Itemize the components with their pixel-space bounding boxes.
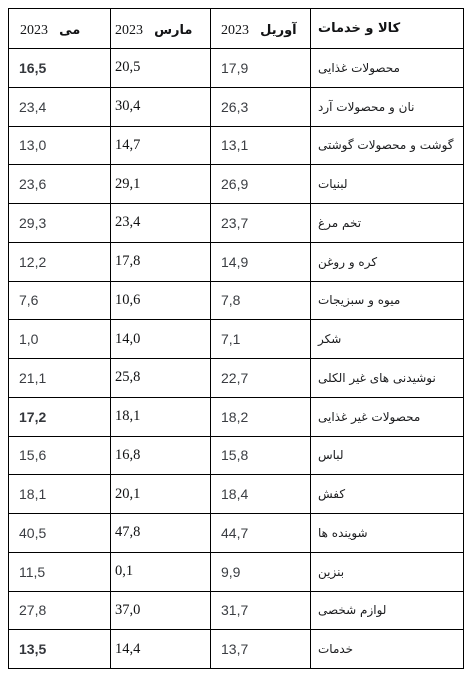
cell-march-value: 14,0 bbox=[111, 320, 211, 359]
cell-may-value: 15,6 bbox=[9, 436, 111, 475]
cell-item-name: خدمات bbox=[311, 630, 464, 669]
header-goods-and-services: کالا و خدمات bbox=[311, 9, 464, 49]
cell-april-value: 22,7 bbox=[211, 359, 311, 398]
cell-may-value: 29,3 bbox=[9, 204, 111, 243]
year-label-may: 2023 bbox=[20, 23, 48, 38]
header-row: می 2023 مارس 2023 آوریل 2023 کالا و خدما… bbox=[9, 9, 464, 49]
table-row: 13,014,713,1گوشت و محصولات گوشتی bbox=[9, 126, 464, 165]
cell-march-value: 0,1 bbox=[111, 552, 211, 591]
cell-may-value: 17,2 bbox=[9, 397, 111, 436]
cell-april-value: 14,9 bbox=[211, 242, 311, 281]
cell-april-value: 18,4 bbox=[211, 475, 311, 514]
cell-may-value: 11,5 bbox=[9, 552, 111, 591]
cell-april-value: 26,9 bbox=[211, 165, 311, 204]
cell-item-name: شکر bbox=[311, 320, 464, 359]
cell-item-name: بنزین bbox=[311, 552, 464, 591]
cell-march-value: 20,1 bbox=[111, 475, 211, 514]
cell-april-value: 26,3 bbox=[211, 87, 311, 126]
table-row: 16,520,517,9محصولات غذایی bbox=[9, 49, 464, 88]
year-label-april: 2023 bbox=[221, 23, 249, 38]
cell-item-name: محصولات غیر غذایی bbox=[311, 397, 464, 436]
cell-item-name: لبنیات bbox=[311, 165, 464, 204]
cell-may-value: 27,8 bbox=[9, 591, 111, 630]
cell-item-name: میوه و سبزیجات bbox=[311, 281, 464, 320]
cell-may-value: 23,4 bbox=[9, 87, 111, 126]
cell-april-value: 31,7 bbox=[211, 591, 311, 630]
cell-march-value: 18,1 bbox=[111, 397, 211, 436]
cell-april-value: 9,9 bbox=[211, 552, 311, 591]
cell-april-value: 7,1 bbox=[211, 320, 311, 359]
table-row: 13,514,413,7خدمات bbox=[9, 630, 464, 669]
cell-may-value: 21,1 bbox=[9, 359, 111, 398]
cell-item-name: لباس bbox=[311, 436, 464, 475]
table-row: 23,629,126,9لبنیات bbox=[9, 165, 464, 204]
cell-may-value: 7,6 bbox=[9, 281, 111, 320]
table-body: 16,520,517,9محصولات غذایی23,430,426,3نان… bbox=[9, 49, 464, 669]
month-label-may: می bbox=[59, 23, 80, 38]
cell-march-value: 17,8 bbox=[111, 242, 211, 281]
cell-march-value: 23,4 bbox=[111, 204, 211, 243]
cell-march-value: 16,8 bbox=[111, 436, 211, 475]
cell-item-name: نان و محصولات آرد bbox=[311, 87, 464, 126]
table-row: 27,837,031,7لوازم شخصی bbox=[9, 591, 464, 630]
price-change-table: می 2023 مارس 2023 آوریل 2023 کالا و خدما… bbox=[8, 8, 464, 669]
cell-may-value: 16,5 bbox=[9, 49, 111, 88]
cell-april-value: 13,1 bbox=[211, 126, 311, 165]
cell-item-name: کره و روغن bbox=[311, 242, 464, 281]
month-label-march: مارس bbox=[154, 23, 192, 38]
cell-april-value: 18,2 bbox=[211, 397, 311, 436]
table-row: 21,125,822,7نوشیدنی های غیر الکلی bbox=[9, 359, 464, 398]
cell-item-name: گوشت و محصولات گوشتی bbox=[311, 126, 464, 165]
cell-april-value: 17,9 bbox=[211, 49, 311, 88]
header-march-2023: مارس 2023 bbox=[111, 9, 211, 49]
cell-may-value: 18,1 bbox=[9, 475, 111, 514]
cell-may-value: 13,5 bbox=[9, 630, 111, 669]
cell-march-value: 25,8 bbox=[111, 359, 211, 398]
table-row: 40,547,844,7شوینده ها bbox=[9, 514, 464, 553]
cell-april-value: 13,7 bbox=[211, 630, 311, 669]
year-label-march: 2023 bbox=[115, 23, 143, 38]
table-row: 15,616,815,8لباس bbox=[9, 436, 464, 475]
cell-item-name: شوینده ها bbox=[311, 514, 464, 553]
cell-may-value: 13,0 bbox=[9, 126, 111, 165]
cell-march-value: 10,6 bbox=[111, 281, 211, 320]
table-row: 11,50,19,9بنزین bbox=[9, 552, 464, 591]
cell-april-value: 44,7 bbox=[211, 514, 311, 553]
cell-march-value: 47,8 bbox=[111, 514, 211, 553]
cell-march-value: 30,4 bbox=[111, 87, 211, 126]
table-header: می 2023 مارس 2023 آوریل 2023 کالا و خدما… bbox=[9, 9, 464, 49]
cell-march-value: 14,4 bbox=[111, 630, 211, 669]
cell-item-name: کفش bbox=[311, 475, 464, 514]
cell-march-value: 37,0 bbox=[111, 591, 211, 630]
cell-april-value: 23,7 bbox=[211, 204, 311, 243]
cell-march-value: 20,5 bbox=[111, 49, 211, 88]
cell-april-value: 7,8 bbox=[211, 281, 311, 320]
month-label-april: آوریل bbox=[260, 23, 297, 38]
cell-april-value: 15,8 bbox=[211, 436, 311, 475]
cell-item-name: لوازم شخصی bbox=[311, 591, 464, 630]
cell-may-value: 12,2 bbox=[9, 242, 111, 281]
table-row: 12,217,814,9کره و روغن bbox=[9, 242, 464, 281]
header-april-2023: آوریل 2023 bbox=[211, 9, 311, 49]
cell-item-name: محصولات غذایی bbox=[311, 49, 464, 88]
cell-may-value: 23,6 bbox=[9, 165, 111, 204]
table-row: 23,430,426,3نان و محصولات آرد bbox=[9, 87, 464, 126]
cell-march-value: 14,7 bbox=[111, 126, 211, 165]
table-row: 17,218,118,2محصولات غیر غذایی bbox=[9, 397, 464, 436]
table-row: 29,323,423,7تخم مرغ bbox=[9, 204, 464, 243]
table-row: 18,120,118,4کفش bbox=[9, 475, 464, 514]
cell-may-value: 40,5 bbox=[9, 514, 111, 553]
cell-march-value: 29,1 bbox=[111, 165, 211, 204]
cell-may-value: 1,0 bbox=[9, 320, 111, 359]
header-may-2023: می 2023 bbox=[9, 9, 111, 49]
cell-item-name: نوشیدنی های غیر الکلی bbox=[311, 359, 464, 398]
table-row: 7,610,67,8میوه و سبزیجات bbox=[9, 281, 464, 320]
table-row: 1,014,07,1شکر bbox=[9, 320, 464, 359]
cell-item-name: تخم مرغ bbox=[311, 204, 464, 243]
